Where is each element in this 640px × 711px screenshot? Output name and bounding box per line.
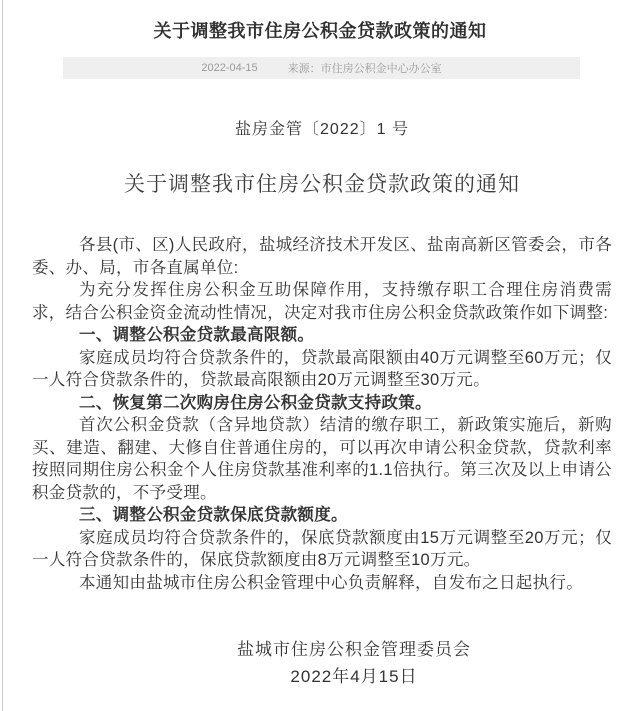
publish-date: 2022-04-15	[201, 62, 257, 74]
signature-block: 盐城市住房公积金管理委员会 2022年4月15日	[64, 636, 640, 690]
section-2-heading: 二、恢复第二次购房住房公积金贷款支持政策。	[32, 392, 612, 415]
meta-bar: 2022-04-15 来源：市住房公积金中心办公室	[63, 57, 580, 79]
section-1-body: 家庭成员均符合贷款条件的，贷款最高限额由40万元调整至60万元；仅一人符合贷款条…	[32, 347, 612, 392]
section-2-body: 首次公积金贷款（含异地贷款）结清的缴存职工，新政策实施后，新购买、建造、翻建、大…	[32, 414, 612, 504]
page-title: 关于调整我市住房公积金贷款政策的通知	[0, 0, 640, 43]
section-3-body: 家庭成员均符合贷款条件的，保底贷款额度由15万元调整至20万元；仅一人符合贷款条…	[32, 527, 612, 572]
signature-org: 盐城市住房公积金管理委员会	[64, 636, 640, 663]
section-1-heading: 一、调整公积金贷款最高限额。	[32, 324, 612, 347]
signature-date: 2022年4月15日	[64, 663, 640, 690]
source-label: 来源：市住房公积金中心办公室	[288, 60, 442, 76]
section-3-heading: 三、调整公积金贷款保底贷款额度。	[32, 504, 612, 527]
notice-page: { "header": { "title": "关于调整我市住房公积金贷款政策的…	[0, 0, 640, 711]
doc-title: 关于调整我市住房公积金贷款政策的通知	[32, 174, 612, 197]
closing-paragraph: 本通知由盐城市住房公积金管理中心负责解释，自发布之日起执行。	[32, 572, 612, 595]
page-left-border	[2, 0, 3, 711]
salutation: 各县(市、区)人民政府，盐城经济技术开发区、盐南高新区管委会，市各委、办、局，市…	[32, 234, 612, 279]
notice-document: 盐房金管〔2022〕1 号 关于调整我市住房公积金贷款政策的通知 各县(市、区)…	[32, 119, 612, 690]
doc-body: 各县(市、区)人民政府，盐城经济技术开发区、盐南高新区管委会，市各委、办、局，市…	[32, 234, 612, 594]
doc-number: 盐房金管〔2022〕1 号	[32, 119, 612, 142]
intro-paragraph: 为充分发挥住房公积金互助保障作用，支持缴存职工合理住房消费需求，结合公积金资金流…	[32, 279, 612, 324]
